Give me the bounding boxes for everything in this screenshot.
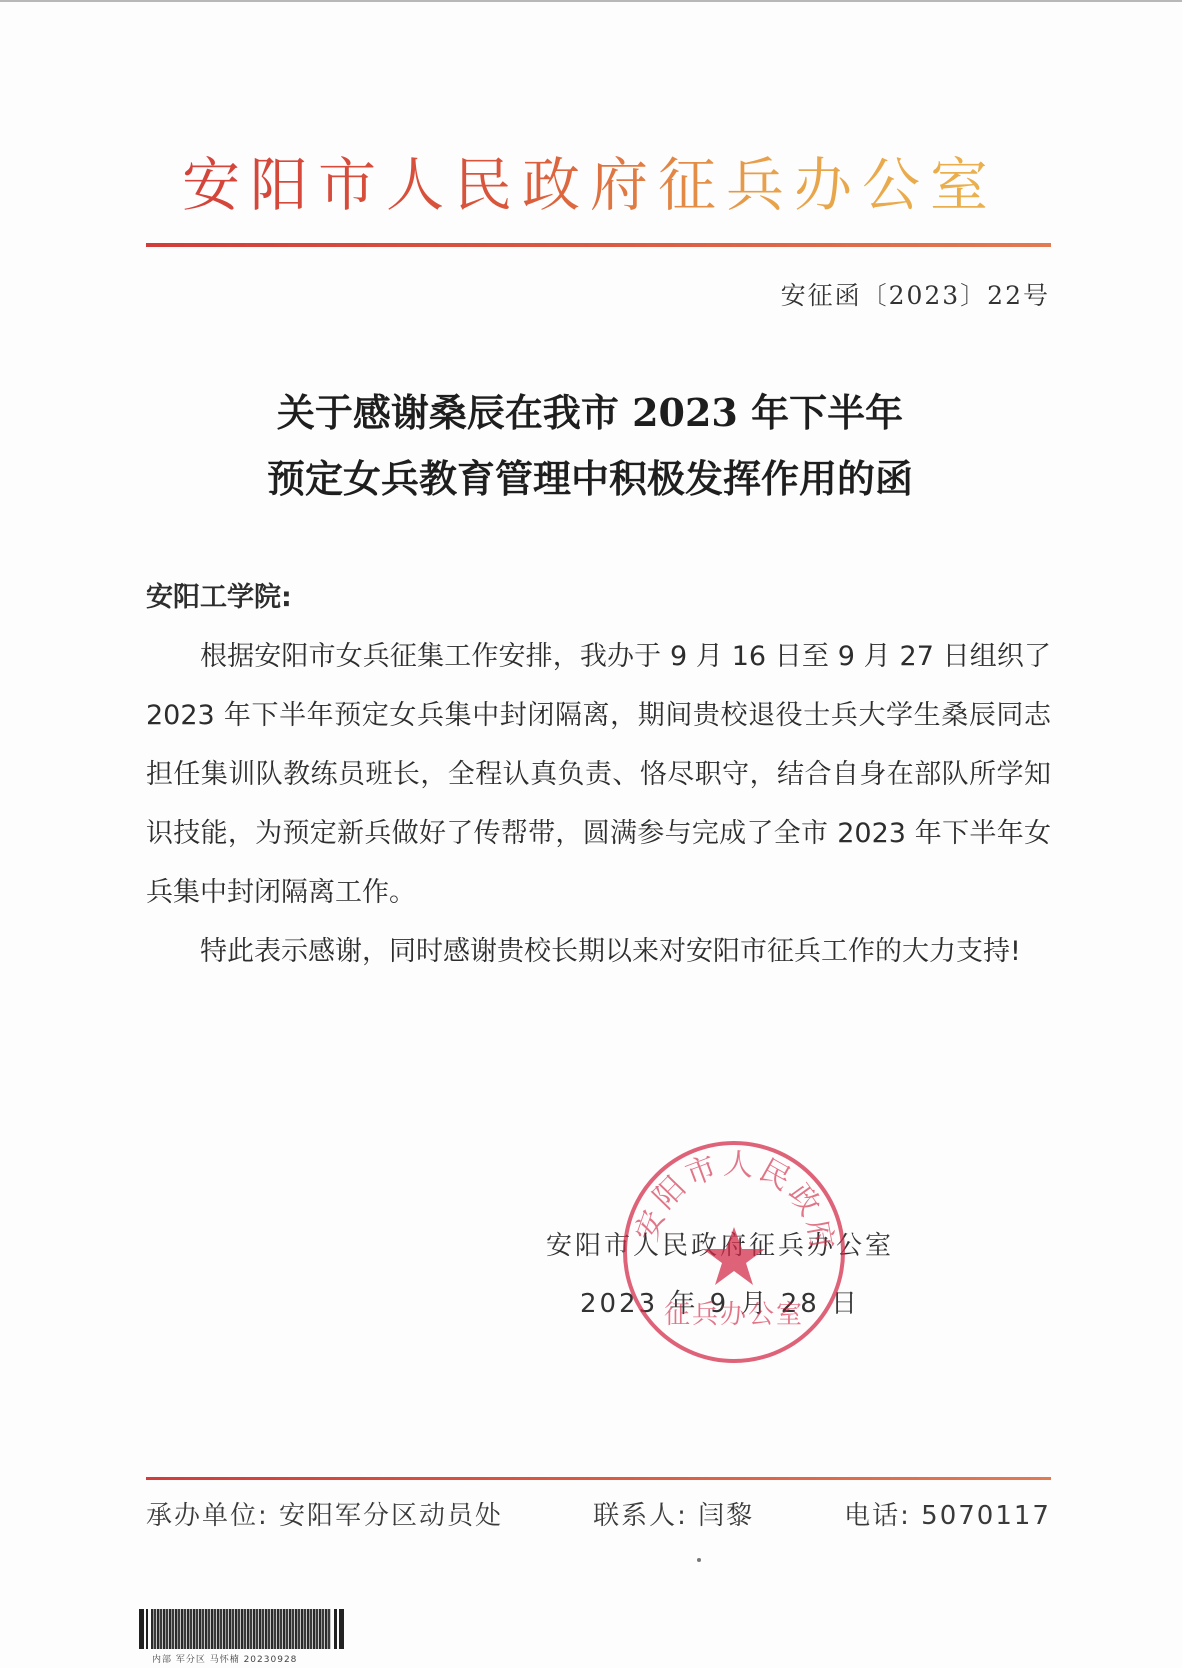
seal-star-icon: 安阳市人民政府 征兵办公室 <box>627 1145 841 1359</box>
stray-mark <box>697 1558 701 1562</box>
barcode-bar <box>139 1609 144 1649</box>
barcode-bar <box>334 1609 337 1649</box>
svg-text:征兵办公室: 征兵办公室 <box>664 1300 804 1330</box>
handling-unit: 承办单位: 安阳军分区动员处 <box>146 1495 503 1532</box>
barcode-bar <box>339 1609 344 1649</box>
contact-phone: 电话: 5070117 <box>844 1495 1051 1532</box>
letterhead-issuer: 安阳市人民政府征兵办公室 <box>140 150 1040 220</box>
title-line-1: 关于感谢桑辰在我市 2023 年下半年 <box>140 380 1040 446</box>
barcode-icon <box>139 1609 344 1649</box>
letter-body: 安阳工学院: 根据安阳市女兵征集工作安排，我办于 9 月 16 日至 9 月 2… <box>146 568 1051 981</box>
barcode-pattern <box>151 1609 331 1649</box>
body-paragraph-1: 根据安阳市女兵征集工作安排，我办于 9 月 16 日至 9 月 27 日组织了 … <box>146 627 1051 922</box>
letterhead-red-rule <box>146 243 1051 247</box>
salutation: 安阳工学院: <box>146 568 1051 627</box>
barcode-bar <box>146 1609 148 1649</box>
body-paragraph-2: 特此表示感谢，同时感谢贵校长期以来对安阳市征兵工作的大力支持! <box>146 922 1051 981</box>
title-line-2: 预定女兵教育管理中积极发挥作用的函 <box>140 446 1040 512</box>
footer-red-rule <box>146 1477 1051 1480</box>
barcode-caption: 内部 军分区 马怀楠 20230928 <box>152 1652 352 1665</box>
document-title: 关于感谢桑辰在我市 2023 年下半年 预定女兵教育管理中积极发挥作用的函 <box>140 380 1040 512</box>
top-border <box>0 0 1182 2</box>
contact-person: 联系人: 闫黎 <box>593 1495 754 1532</box>
document-number: 安征函〔2023〕22号 <box>781 276 1050 312</box>
document-page: 安阳市人民政府征兵办公室 安征函〔2023〕22号 关于感谢桑辰在我市 2023… <box>0 0 1182 1668</box>
official-seal: 安阳市人民政府 征兵办公室 <box>623 1141 845 1363</box>
footer-contact: 承办单位: 安阳军分区动员处 联系人: 闫黎 电话: 5070117 <box>146 1495 1051 1532</box>
